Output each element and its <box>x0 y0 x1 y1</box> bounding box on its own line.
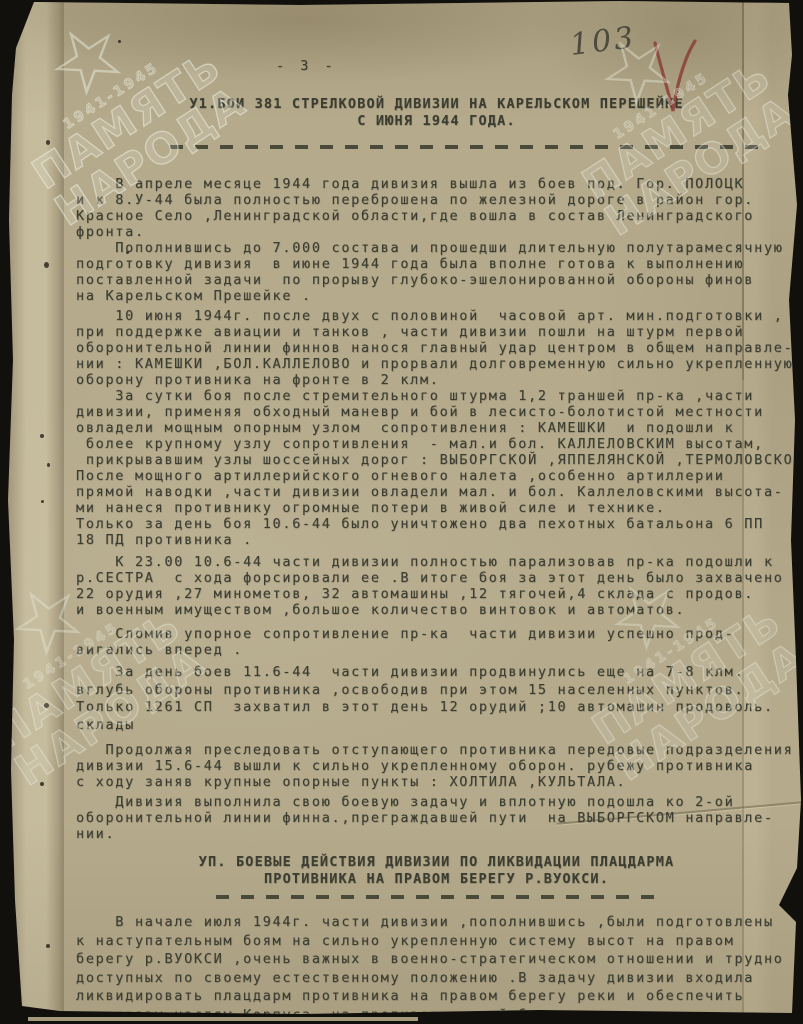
typewritten-line: прикрывавшим узлы шоссейных дорог : ВЫБО… <box>76 452 797 468</box>
typewritten-line: Сломив упорное сопротивление пр-ка части… <box>76 626 797 642</box>
paragraph: К 23.00 10.6-44 части дивизии полностью … <box>76 554 797 618</box>
typewritten-line: В апреле месяце 1944 года дивизия вышла … <box>76 176 797 192</box>
page-content: 103 - 3 - У1.БОИ 381 СТРЕЛКОВОЙ ДИВИЗИИ … <box>76 0 797 1024</box>
paper-speck <box>47 463 50 467</box>
typewritten-line: Только 1261 СП захватил в этот день 12 о… <box>76 699 797 717</box>
typewritten-line: вигались вперед . <box>76 642 797 658</box>
typewritten-line: оборонительной линии финна.,преграждавше… <box>76 810 797 826</box>
typewritten-line: берегу р.ВУОКСИ ,очень важных в военно-с… <box>76 950 797 969</box>
typewritten-line: нии. <box>76 826 797 842</box>
paper-speck <box>41 500 44 503</box>
typewritten-line: фронта. <box>76 224 797 240</box>
paragraph: 10 июня 1944г. после двух с половиной ча… <box>76 308 797 388</box>
paragraph: В апреле месяце 1944 года дивизия вышла … <box>76 176 797 240</box>
paper-speck <box>46 140 50 145</box>
paragraph: Пополнившись до 7.000 состава и прошедши… <box>76 240 797 304</box>
typewritten-line: В начале июля 1944г. части дивизии ,попо… <box>76 913 797 932</box>
paragraph: Дивизия выполнила свою боевую задачу и в… <box>76 794 797 842</box>
typewritten-line: р.СЕСТРА с хода форсировали ее .В итоге … <box>76 570 797 586</box>
dashed-divider <box>216 895 658 899</box>
paper-speck <box>46 944 50 948</box>
typewritten-line: 22 орудия ,27 минометов, 32 автомашины ,… <box>76 586 797 602</box>
typewritten-line: оборону противника на фронте в 2 клм. <box>76 372 797 388</box>
typewritten-line: переправу частям Корпуса на противополож… <box>76 1006 797 1024</box>
document-scan: 103 - 3 - У1.БОИ 381 СТРЕЛКОВОЙ ДИВИЗИИ … <box>0 0 803 1024</box>
typewritten-line: дивизии, применяя обходный маневр и бой … <box>76 404 797 420</box>
paper-speck <box>44 262 49 268</box>
paper-edge-sliver <box>28 1017 418 1021</box>
typewritten-line: вглубь обороны противника ,освободив при… <box>76 682 797 700</box>
typewritten-line: 10 июня 1944г. после двух с половиной ча… <box>76 308 797 324</box>
paragraph: В начале июля 1944г. части дивизии ,попо… <box>76 913 797 1024</box>
paragraph: Сломив упорное сопротивление пр-ка части… <box>76 626 797 658</box>
typewritten-line: Пополнившись до 7.000 состава и прошедши… <box>76 240 797 256</box>
archive-page-number-handwritten: 103 <box>568 20 638 63</box>
typewritten-line: ми нанеся противнику огромные потери в ж… <box>76 500 797 516</box>
typewritten-line: подготовку дивизия в июне 1944 года была… <box>76 256 797 272</box>
paper-speck <box>40 434 44 438</box>
typewritten-line: После мощного артиллерийского огневого н… <box>76 468 797 484</box>
typewritten-line: К 23.00 10.6-44 части дивизии полностью … <box>76 554 797 570</box>
section-6: У1.БОИ 381 СТРЕЛКОВОЙ ДИВИЗИИ НА КАРЕЛЬС… <box>76 96 797 842</box>
dashed-divider <box>170 145 758 149</box>
typewritten-line: к наступательным боям на сильно укреплен… <box>76 932 797 951</box>
paper-speck <box>40 782 44 786</box>
typewritten-line: и военным имуществом ,большое количество… <box>76 602 797 618</box>
typewritten-line: при поддержке авиации и танков , части д… <box>76 324 797 340</box>
typewritten-line: прямой наводки ,части дивизии овладели м… <box>76 484 797 500</box>
section-7: УП. БОЕВЫЕ ДЕЙСТВИЯ ДИВИЗИИ ПО ЛИКВИДАЦИ… <box>76 854 797 1024</box>
paper-fold-left-shading <box>0 0 64 1024</box>
checkmark-icon <box>648 36 700 120</box>
typewritten-line: нии : КАМЕШКИ ,БОЛ.КАЛЛЕЛОВО и прорвали … <box>76 356 797 372</box>
typewritten-line: на Карельском Прешейке . <box>76 288 797 304</box>
paragraph: За сутки боя после стремительного штурма… <box>76 388 797 548</box>
paragraph: За день боев 11.6-44 части дивизии продв… <box>76 664 797 734</box>
typewritten-line: поставленной задачи по прорыву глубоко-э… <box>76 272 797 288</box>
typewritten-line: За сутки боя после стремительного штурма… <box>76 388 797 404</box>
typewritten-line: За день боев 11.6-44 части дивизии продв… <box>76 664 797 682</box>
red-checkmark-annotation <box>648 36 700 124</box>
paragraph: Продолжая преследовать отступающего прот… <box>76 742 797 790</box>
typewritten-line: Дивизия выполнила свою боевую задачу и в… <box>76 794 797 810</box>
typewritten-line: Продолжая преследовать отступающего прот… <box>76 742 797 758</box>
typewritten-line: Только за день боя 10.6-44 было уничтоже… <box>76 516 797 532</box>
heading-line: ПРОТИВНИКА НА ПРАВОМ БЕРЕГУ Р.ВУОКСИ. <box>76 871 797 888</box>
typewritten-line: и к 8.У-44 была полностью переброшена по… <box>76 192 797 208</box>
typewritten-line: с ходу заняв крупные опорные пункты : ХО… <box>76 774 797 790</box>
paper-speck <box>44 703 49 708</box>
typewritten-line: Красное Село ,Ленинградской области,где … <box>76 208 797 224</box>
typewritten-line: 18 ПД противника . <box>76 532 797 548</box>
typewritten-line: доступных по своему естественному положе… <box>76 969 797 988</box>
typewritten-line: ликвидировать плацдарм противника на пра… <box>76 987 797 1006</box>
typewritten-line: дивизии 15.6-44 вышли к сильно укрепленн… <box>76 758 797 774</box>
typewritten-line: овладели мощным опорным узлом сопротивле… <box>76 420 797 436</box>
typewritten-line: оборонительной линии финнов нанося главн… <box>76 340 797 356</box>
heading-line: УП. БОЕВЫЕ ДЕЙСТВИЯ ДИВИЗИИ ПО ЛИКВИДАЦИ… <box>76 854 797 871</box>
section-7-heading: УП. БОЕВЫЕ ДЕЙСТВИЯ ДИВИЗИИ ПО ЛИКВИДАЦИ… <box>76 854 797 888</box>
page-number: - 3 - <box>276 58 797 74</box>
typewritten-line: более крупному узлу сопротивления - мал.… <box>76 436 797 452</box>
paper-page: 103 - 3 - У1.БОИ 381 СТРЕЛКОВОЙ ДИВИЗИИ … <box>0 0 803 1024</box>
typewritten-line: склады <box>76 717 797 735</box>
